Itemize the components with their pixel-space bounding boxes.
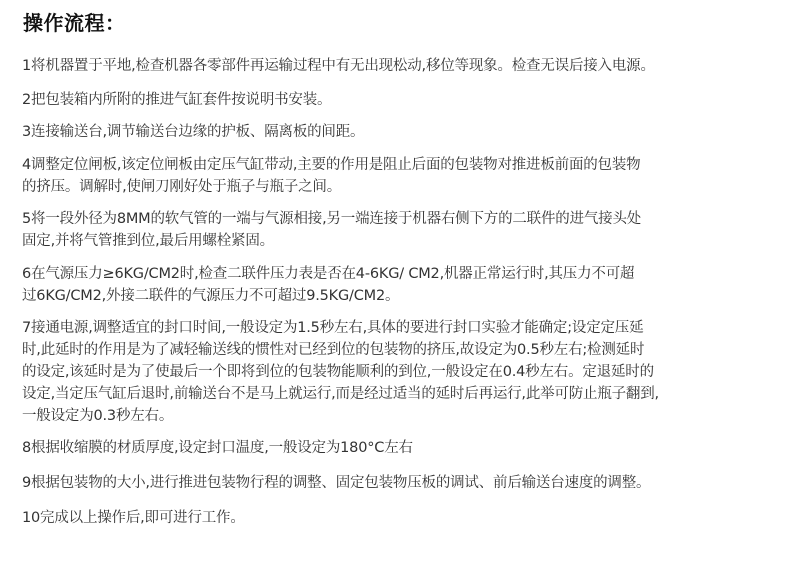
- step-9: 9根据包装物的大小,进行推进包装物行程的调整、固定包装物压板的调试、前后输送台速…: [22, 472, 650, 494]
- step-1: 1将机器置于平地,检查机器各零部件再运输过程中有无出现松动,移位等现象。检查无误…: [22, 55, 655, 77]
- step-text: 3连接输送台,调节输送台边缘的护板、隔离板的间距。: [22, 121, 364, 143]
- page-title: 操作流程：: [23, 8, 126, 38]
- step-text: 1将机器置于平地,检查机器各零部件再运输过程中有无出现松动,移位等现象。检查无误…: [22, 55, 655, 77]
- step-text: 8根据收缩膜的材质厚度,设定封口温度,一般设定为180°C左右: [22, 437, 413, 459]
- step-text: 10完成以上操作后,即可进行工作。: [22, 507, 245, 529]
- step-text: 9根据包装物的大小,进行推进包装物行程的调整、固定包装物压板的调试、前后输送台速…: [22, 472, 650, 494]
- step-text: 2把包装箱内所附的推进气缸套件按说明书安装。: [22, 89, 331, 111]
- document-page: 操作流程： 1将机器置于平地,检查机器各零部件再运输过程中有无出现松动,移位等现…: [0, 0, 790, 567]
- step-text: 时,此延时的作用是为了减轻输送线的惯性对已经到位的包装物的挤压,故设定为0.5秒…: [22, 339, 659, 361]
- step-4: 4调整定位闸板,该定位闸板由定压气缸带动,主要的作用是阻止后面的包装物对推进板前…: [22, 154, 640, 198]
- step-6: 6在气源压力≥6KG/CM2时,检查二联件压力表是否在4-6KG/ CM2,机器…: [22, 263, 634, 307]
- step-5: 5将一段外径为8MM的软气管的一端与气源相接,另一端连接于机器右侧下方的二联件的…: [22, 208, 641, 252]
- step-10: 10完成以上操作后,即可进行工作。: [22, 507, 245, 529]
- step-text: 一般设定为0.3秒左右。: [22, 405, 659, 427]
- step-text: 的设定,该延时是为了使最后一个即将到位的包装物能顺利的到位,一般设定在0.4秒左…: [22, 361, 659, 383]
- step-text: 的挤压。调解时,使闸刀刚好处于瓶子与瓶子之间。: [22, 176, 640, 198]
- step-text: 固定,并将气管推到位,最后用螺栓紧固。: [22, 230, 641, 252]
- step-text: 4调整定位闸板,该定位闸板由定压气缸带动,主要的作用是阻止后面的包装物对推进板前…: [22, 154, 640, 176]
- step-text: 6在气源压力≥6KG/CM2时,检查二联件压力表是否在4-6KG/ CM2,机器…: [22, 263, 634, 285]
- step-7: 7接通电源,调整适宜的封口时间,一般设定为1.5秒左右,具体的要进行封口实验才能…: [22, 317, 659, 427]
- step-text: 7接通电源,调整适宜的封口时间,一般设定为1.5秒左右,具体的要进行封口实验才能…: [22, 317, 659, 339]
- step-text: 过6KG/CM2,外接二联件的气源压力不可超过9.5KG/CM2。: [22, 285, 634, 307]
- step-2: 2把包装箱内所附的推进气缸套件按说明书安装。: [22, 89, 331, 111]
- step-text: 设定,当定压气缸后退时,前输送台不是马上就运行,而是经过适当的延时后再运行,此举…: [22, 383, 659, 405]
- step-8: 8根据收缩膜的材质厚度,设定封口温度,一般设定为180°C左右: [22, 437, 413, 459]
- step-text: 5将一段外径为8MM的软气管的一端与气源相接,另一端连接于机器右侧下方的二联件的…: [22, 208, 641, 230]
- step-3: 3连接输送台,调节输送台边缘的护板、隔离板的间距。: [22, 121, 364, 143]
